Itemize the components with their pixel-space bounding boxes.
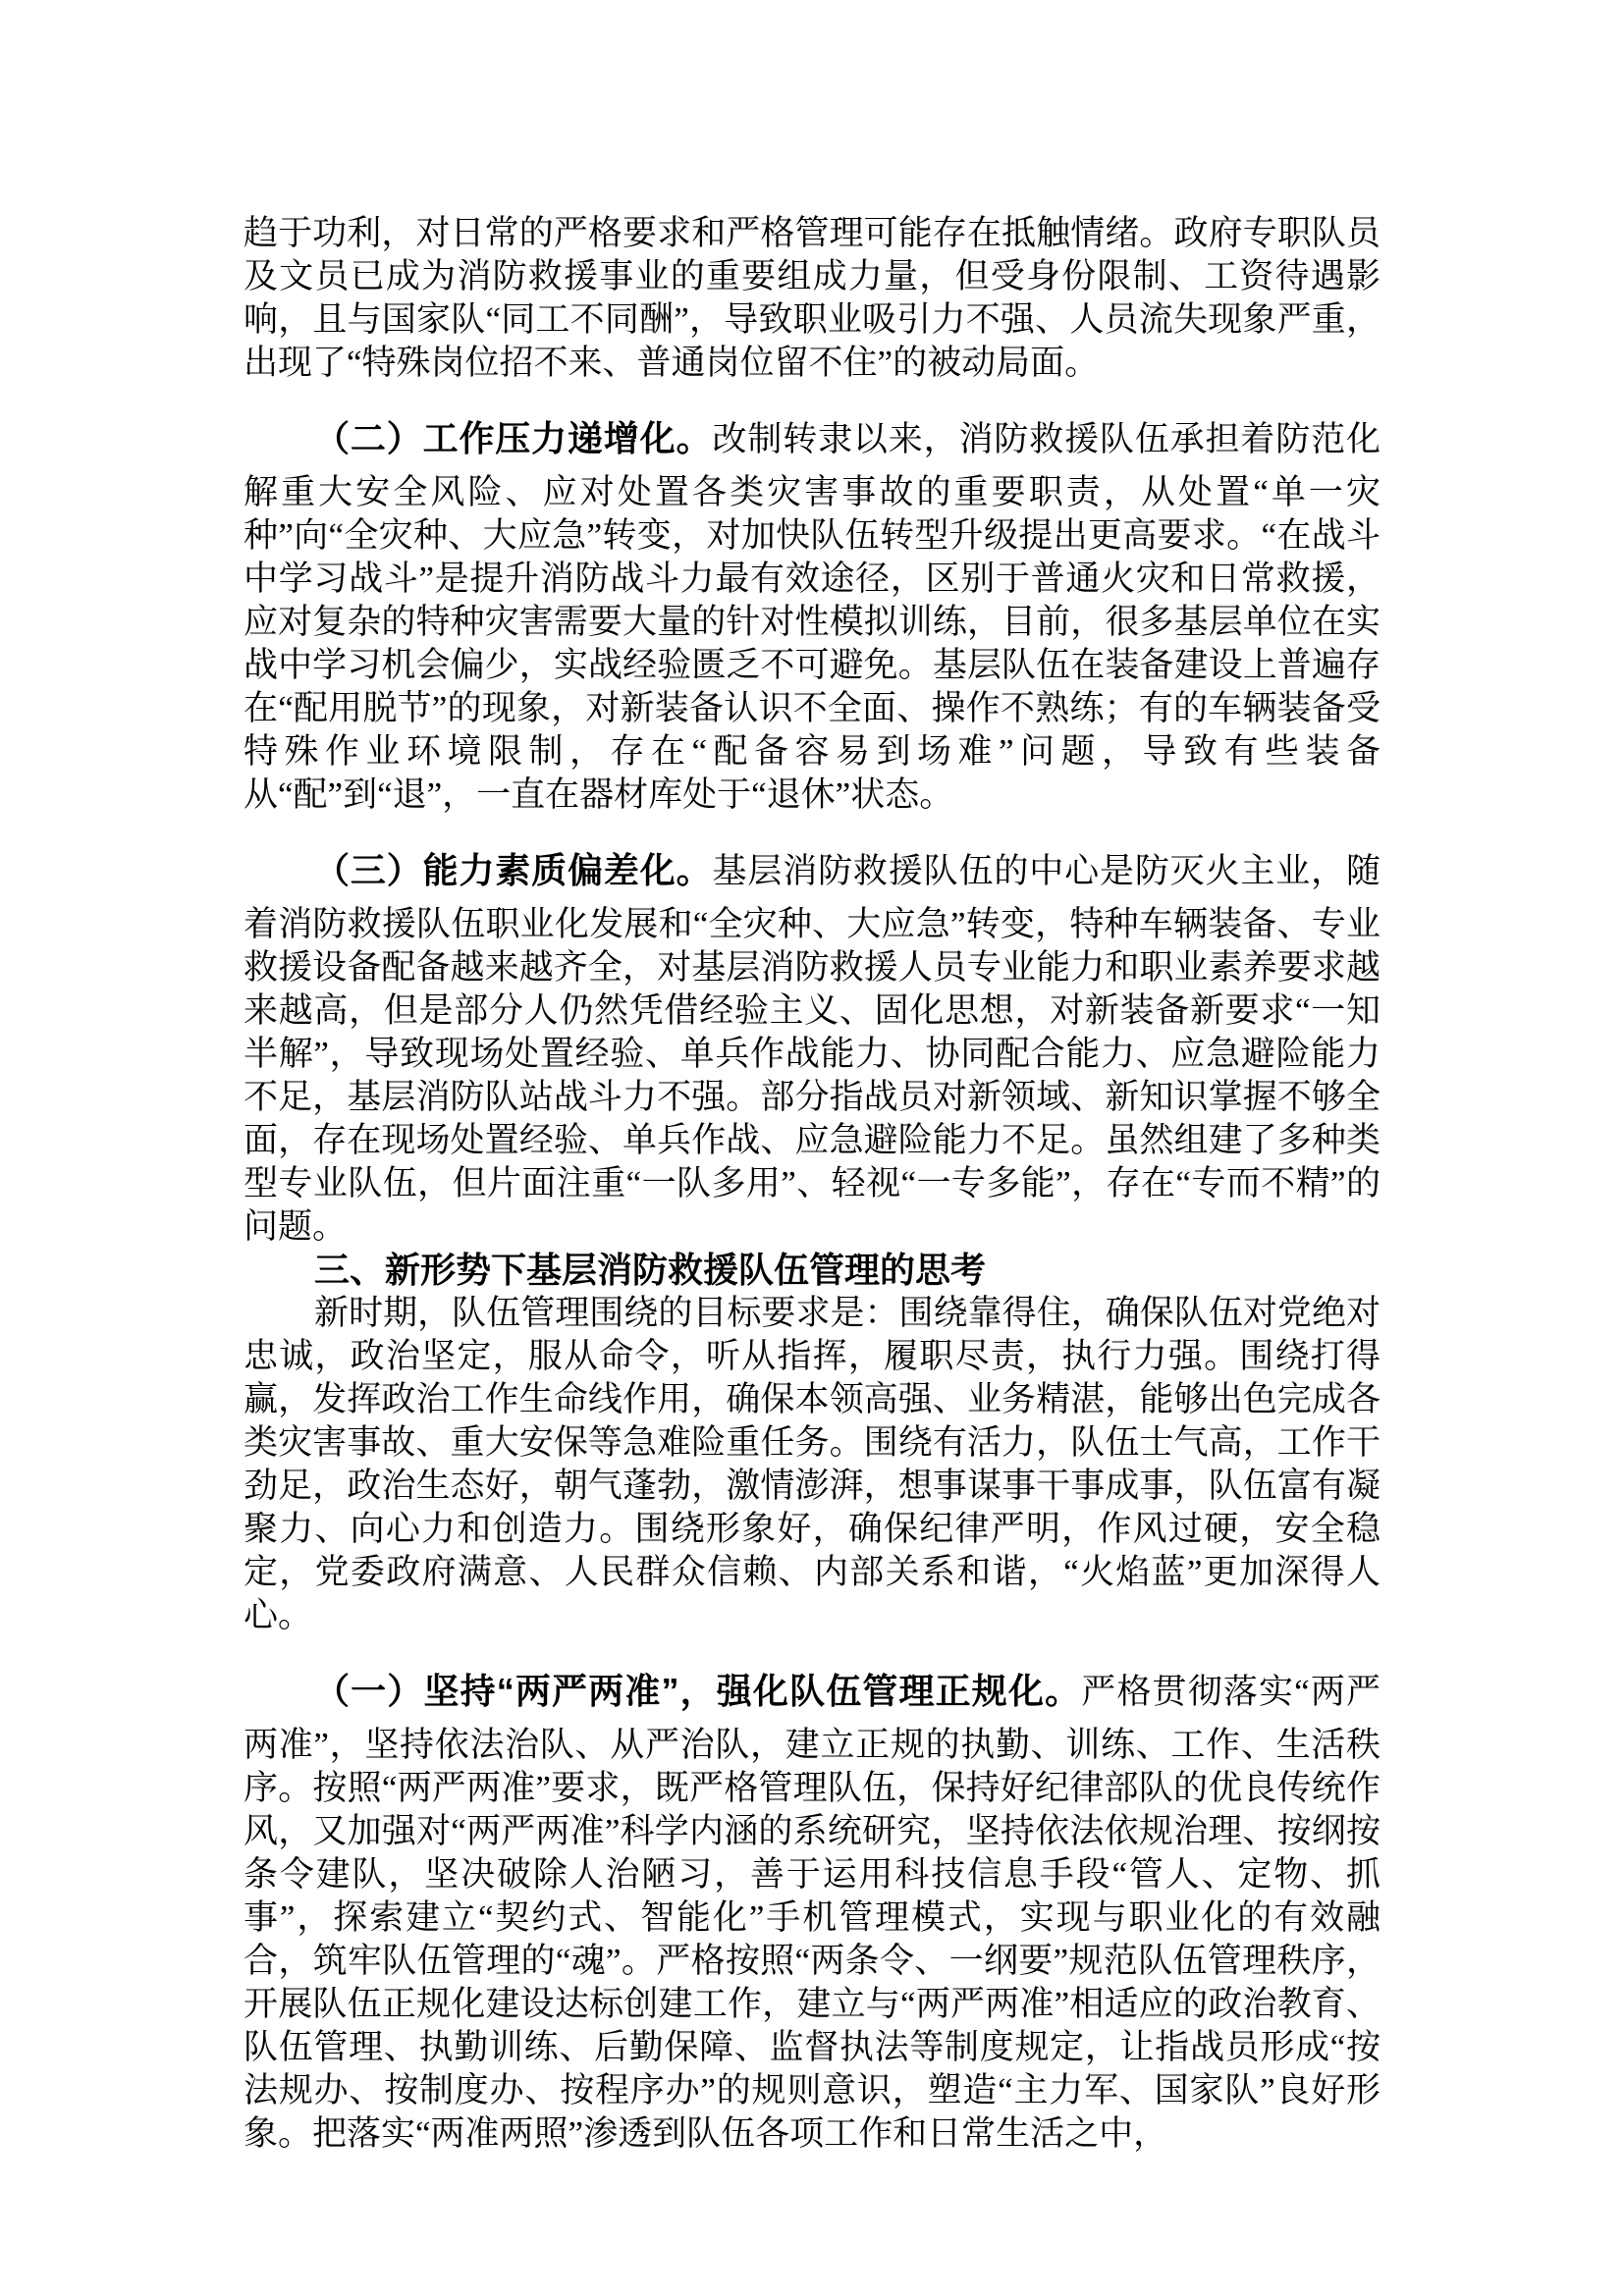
section-3-text: 基层消防救援队伍的中心是防灭火主业，随着消防救援队伍职业化发展和“全灾种、大应急… xyxy=(244,852,1380,1246)
section-1-text: 严格贯彻落实“两严两准”，坚持依法治队、从严治队，建立正规的执勤、训练、工作、生… xyxy=(244,1673,1380,2153)
section-2-heading: （二）工作压力递增化。 xyxy=(314,418,712,458)
paragraph-continuation: 趋于功利，对日常的严格要求和严格管理可能存在抵触情绪。政府专职队员及文员已成为消… xyxy=(244,212,1380,385)
paragraph-section-1: （一）坚持“两严两准”，强化队伍管理正规化。严格贯彻落实“两严两准”，坚持依法治… xyxy=(244,1659,1380,2156)
section-1-heading: （一）坚持“两严两准”，强化队伍管理正规化。 xyxy=(314,1671,1081,1711)
document-page: 趋于功利，对日常的严格要求和严格管理可能存在抵触情绪。政府专职队员及文员已成为消… xyxy=(0,0,1624,2296)
paragraph-continuation-text: 趋于功利，对日常的严格要求和严格管理可能存在抵触情绪。政府专职队员及文员已成为消… xyxy=(244,214,1380,382)
paragraph-new-era: 新时期，队伍管理围绕的目标要求是：围绕靠得住，确保队伍对党绝对忠诚，政治坚定，服… xyxy=(244,1292,1380,1637)
paragraph-new-era-text: 新时期，队伍管理围绕的目标要求是：围绕靠得住，确保队伍对党绝对忠诚，政治坚定，服… xyxy=(244,1294,1380,1634)
paragraph-section-3: （三）能力素质偏差化。基层消防救援队伍的中心是防灭火主业，随着消防救援队伍职业化… xyxy=(244,838,1380,1249)
paragraph-section-2: （二）工作压力递增化。改制转隶以来，消防救援队伍承担着防范化解重大安全风险、应对… xyxy=(244,406,1380,817)
chapter-3-heading: 三、新形势下基层消防救援队伍管理的思考 xyxy=(244,1249,1380,1292)
section-3-heading: （三）能力素质偏差化。 xyxy=(314,850,712,890)
section-2-text: 改制转隶以来，消防救援队伍承担着防范化解重大安全风险、应对处置各类灾害事故的重要… xyxy=(244,420,1380,814)
